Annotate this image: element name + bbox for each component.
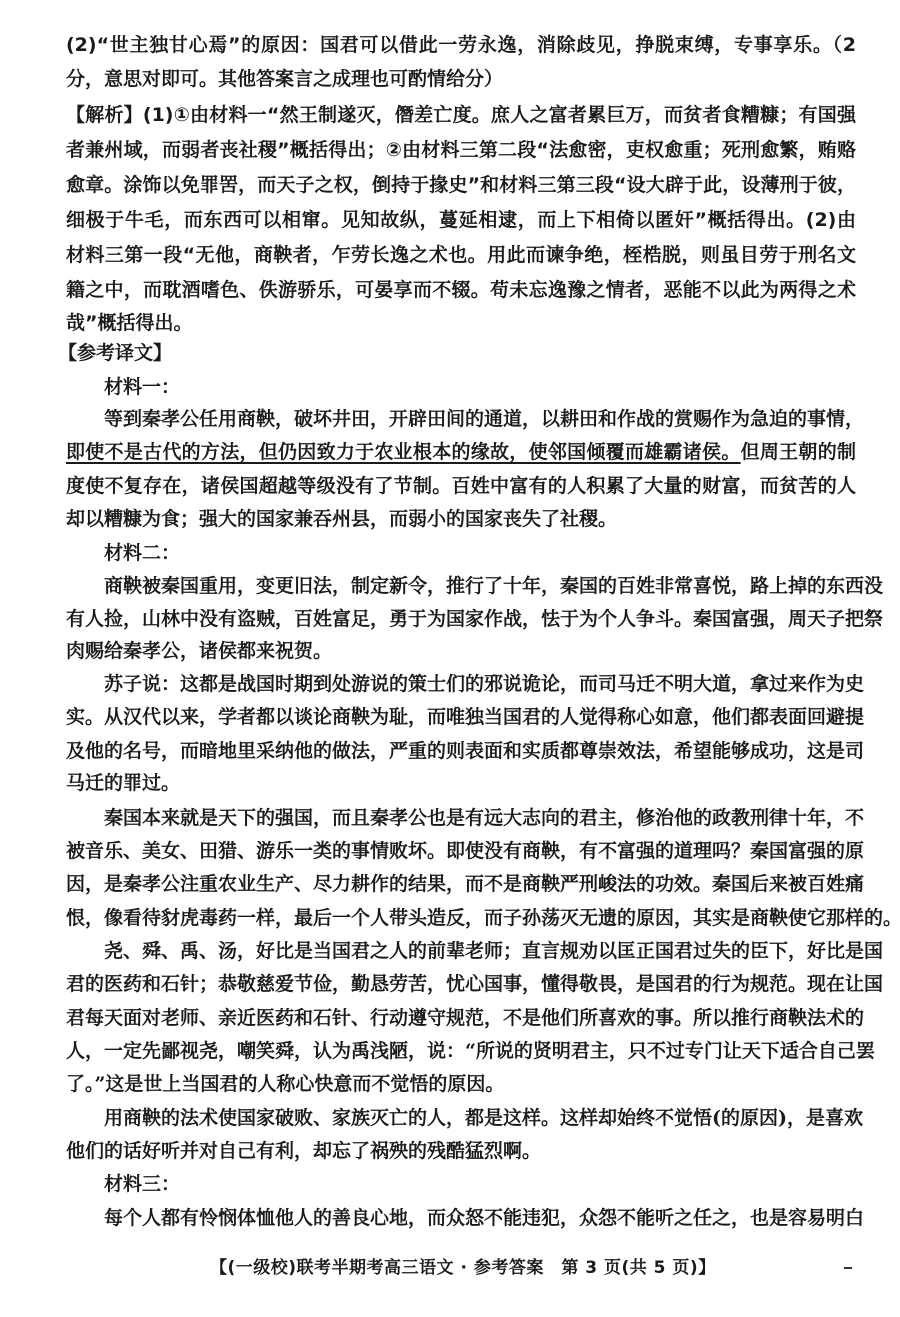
analysis-line: 细极于牛毛，而东西可以相窜。见知故纵，蔓延相逮，而上下相倚以匿奸”概括得出。(2… <box>66 208 856 232</box>
document-page: (2)“世主独甘心焉”的原因：国君可以借此一劳永逸，消除歧见，挣脱束缚，专事享乐… <box>0 0 900 1317</box>
analysis-line: 籍之中，而耽酒嗜色、佚游骄乐，可晏享而不辍。苟未忘逸豫之情者，恶能不以此为两得之… <box>66 278 856 302</box>
translation-line: 商鞅被秦国重用，变更旧法，制定新令，推行了十年，秦国的百姓非常喜悦，路上掉的东西… <box>104 574 856 598</box>
translation-line: 度使不复存在，诸侯国超越等级没有了节制。百姓中富有的人积累了大量的财富，而贫苦的… <box>66 474 856 498</box>
analysis-text: (1)①由材料一“然王制遂灭，僭差亡度。庶人之富者累巨万，而贫者食糟糠；有国强 <box>143 104 856 126</box>
translation-line: 君的医药和石针；恭敬慈爱节俭，勤恳劳苦，忧心国事，懂得敬畏，是国君的行为规范。现… <box>66 972 856 996</box>
translation-line: 恨，像看待豺虎毒药一样，最后一个人带头造反，而子孙荡灭无遗的原因，其实是商鞅使它… <box>66 906 856 930</box>
translation-line: 君每天面对老师、亲近医药和石针、行动遵守规范，不是他们所喜欢的事。所以推行商鞅法… <box>66 1006 856 1030</box>
translation-line: 有人捡，山林中没有盗贼，百姓富足，勇于为国家作战，怯于为个人争斗。秦国富强，周天… <box>66 607 856 631</box>
translation-line: 秦国本来就是天下的强国，而且秦孝公也是有远大志向的君主，修治他的政教刑律十年，不 <box>104 806 856 830</box>
analysis-line: 材料三第一段“无他，商鞅者，乍劳长逸之术也。用此而谏争绝，桎梏脱，则虽目劳于刑名… <box>66 243 856 267</box>
translation-line: 因，是秦孝公注重农业生产、尽力耕作的结果，而不是商鞅严刑峻法的功效。秦国后来被百… <box>66 872 856 896</box>
analysis-label: 【解析】 <box>66 104 143 126</box>
translation-line: 却以糟糠为食；强大的国家兼吞州县，而弱小的国家丧失了社稷。 <box>66 507 856 531</box>
translation-line: 等到秦孝公任用商鞅，破坏井田，开辟田间的通道，以耕田和作战的赏赐作为急迫的事情， <box>104 407 856 431</box>
translation-line: 马迁的罪过。 <box>66 771 856 795</box>
answer-line: (2)“世主独甘心焉”的原因：国君可以借此一劳永逸，消除歧见，挣脱束缚，专事享乐… <box>66 33 856 57</box>
answer-line: 分，意思对即可。其他答案言之成理也可酌情给分） <box>66 67 856 91</box>
translation-line: 即使不是古代的方法，但仍因致力于农业根本的缘故，使邻国倾覆而雄霸诸侯。但周王朝的… <box>66 440 856 464</box>
translation-line: 了。”这是世上当国君的人称心快意而不觉悟的原因。 <box>66 1072 856 1096</box>
translation-text: 但周王朝的制 <box>741 441 856 463</box>
material-title: 材料一： <box>104 375 856 399</box>
translation-line: 被音乐、美女、田猎、游乐一类的事情败坏。即使没有商鞅，有不富强的道理吗？秦国富强… <box>66 839 856 863</box>
corner-mark <box>844 1267 852 1269</box>
underlined-sentence: 即使不是古代的方法，但仍因致力于农业根本的缘故，使邻国倾覆而雄霸诸侯。 <box>66 441 741 463</box>
translation-line: 尧、舜、禹、汤，好比是当国君之人的前辈老师；直言规劝以匡正国君过失的臣下，好比是… <box>104 939 856 963</box>
translation-line: 每个人都有怜悯体恤他人的善良心地，而众怒不能违犯，众怨不能听之任之，也是容易明白 <box>104 1206 856 1230</box>
translation-line: 他们的话好听并对自己有利，却忘了祸殃的残酷猛烈啊。 <box>66 1139 856 1163</box>
translation-heading: 【参考译文】 <box>58 341 848 365</box>
analysis-line: 哉”概括得出。 <box>66 311 856 335</box>
translation-line: 人，一定先鄙视尧，嘲笑舜，认为禹浅陋，说：“所说的贤明君主，只不过专门让天下适合… <box>66 1039 856 1063</box>
translation-line: 苏子说：这都是战国时期到处游说的策士们的邪说诡论，而司马迁不明大道，拿过来作为史 <box>104 672 856 696</box>
page-footer: 【(一级校)联考半期考高三语文 · 参考答案 第 3 页(共 5 页)】 <box>210 1253 716 1278</box>
translation-line: 肉赐给秦孝公，诸侯都来祝贺。 <box>66 639 856 663</box>
analysis-line: 者兼州域，而弱者丧社稷”概括得出；②由材料三第二段“法愈密，吏权愈重；死刑愈繁，… <box>66 138 856 162</box>
analysis-line: 【解析】(1)①由材料一“然王制遂灭，僭差亡度。庶人之富者累巨万，而贫者食糟糠；… <box>66 103 856 127</box>
analysis-line: 愈章。涂饰以免罪罟，而天子之权，倒持于掾史”和材料三第三段“设大辟于此，设薄刑于… <box>66 173 856 197</box>
translation-line: 用商鞅的法术使国家破败、家族灭亡的人，都是这样。这样却始终不觉悟(的原因)，是喜… <box>104 1106 856 1130</box>
translation-line: 实。从汉代以来，学者都以谈论商鞅为耻，而唯独当国君的人觉得称心如意，他们都表面回… <box>66 705 856 729</box>
material-title: 材料三： <box>104 1172 856 1196</box>
translation-line: 及他的名号，而暗地里采纳他的做法，严重的则表面和实质都尊崇效法，希望能够成功，这… <box>66 739 856 763</box>
material-title: 材料二： <box>104 541 856 565</box>
